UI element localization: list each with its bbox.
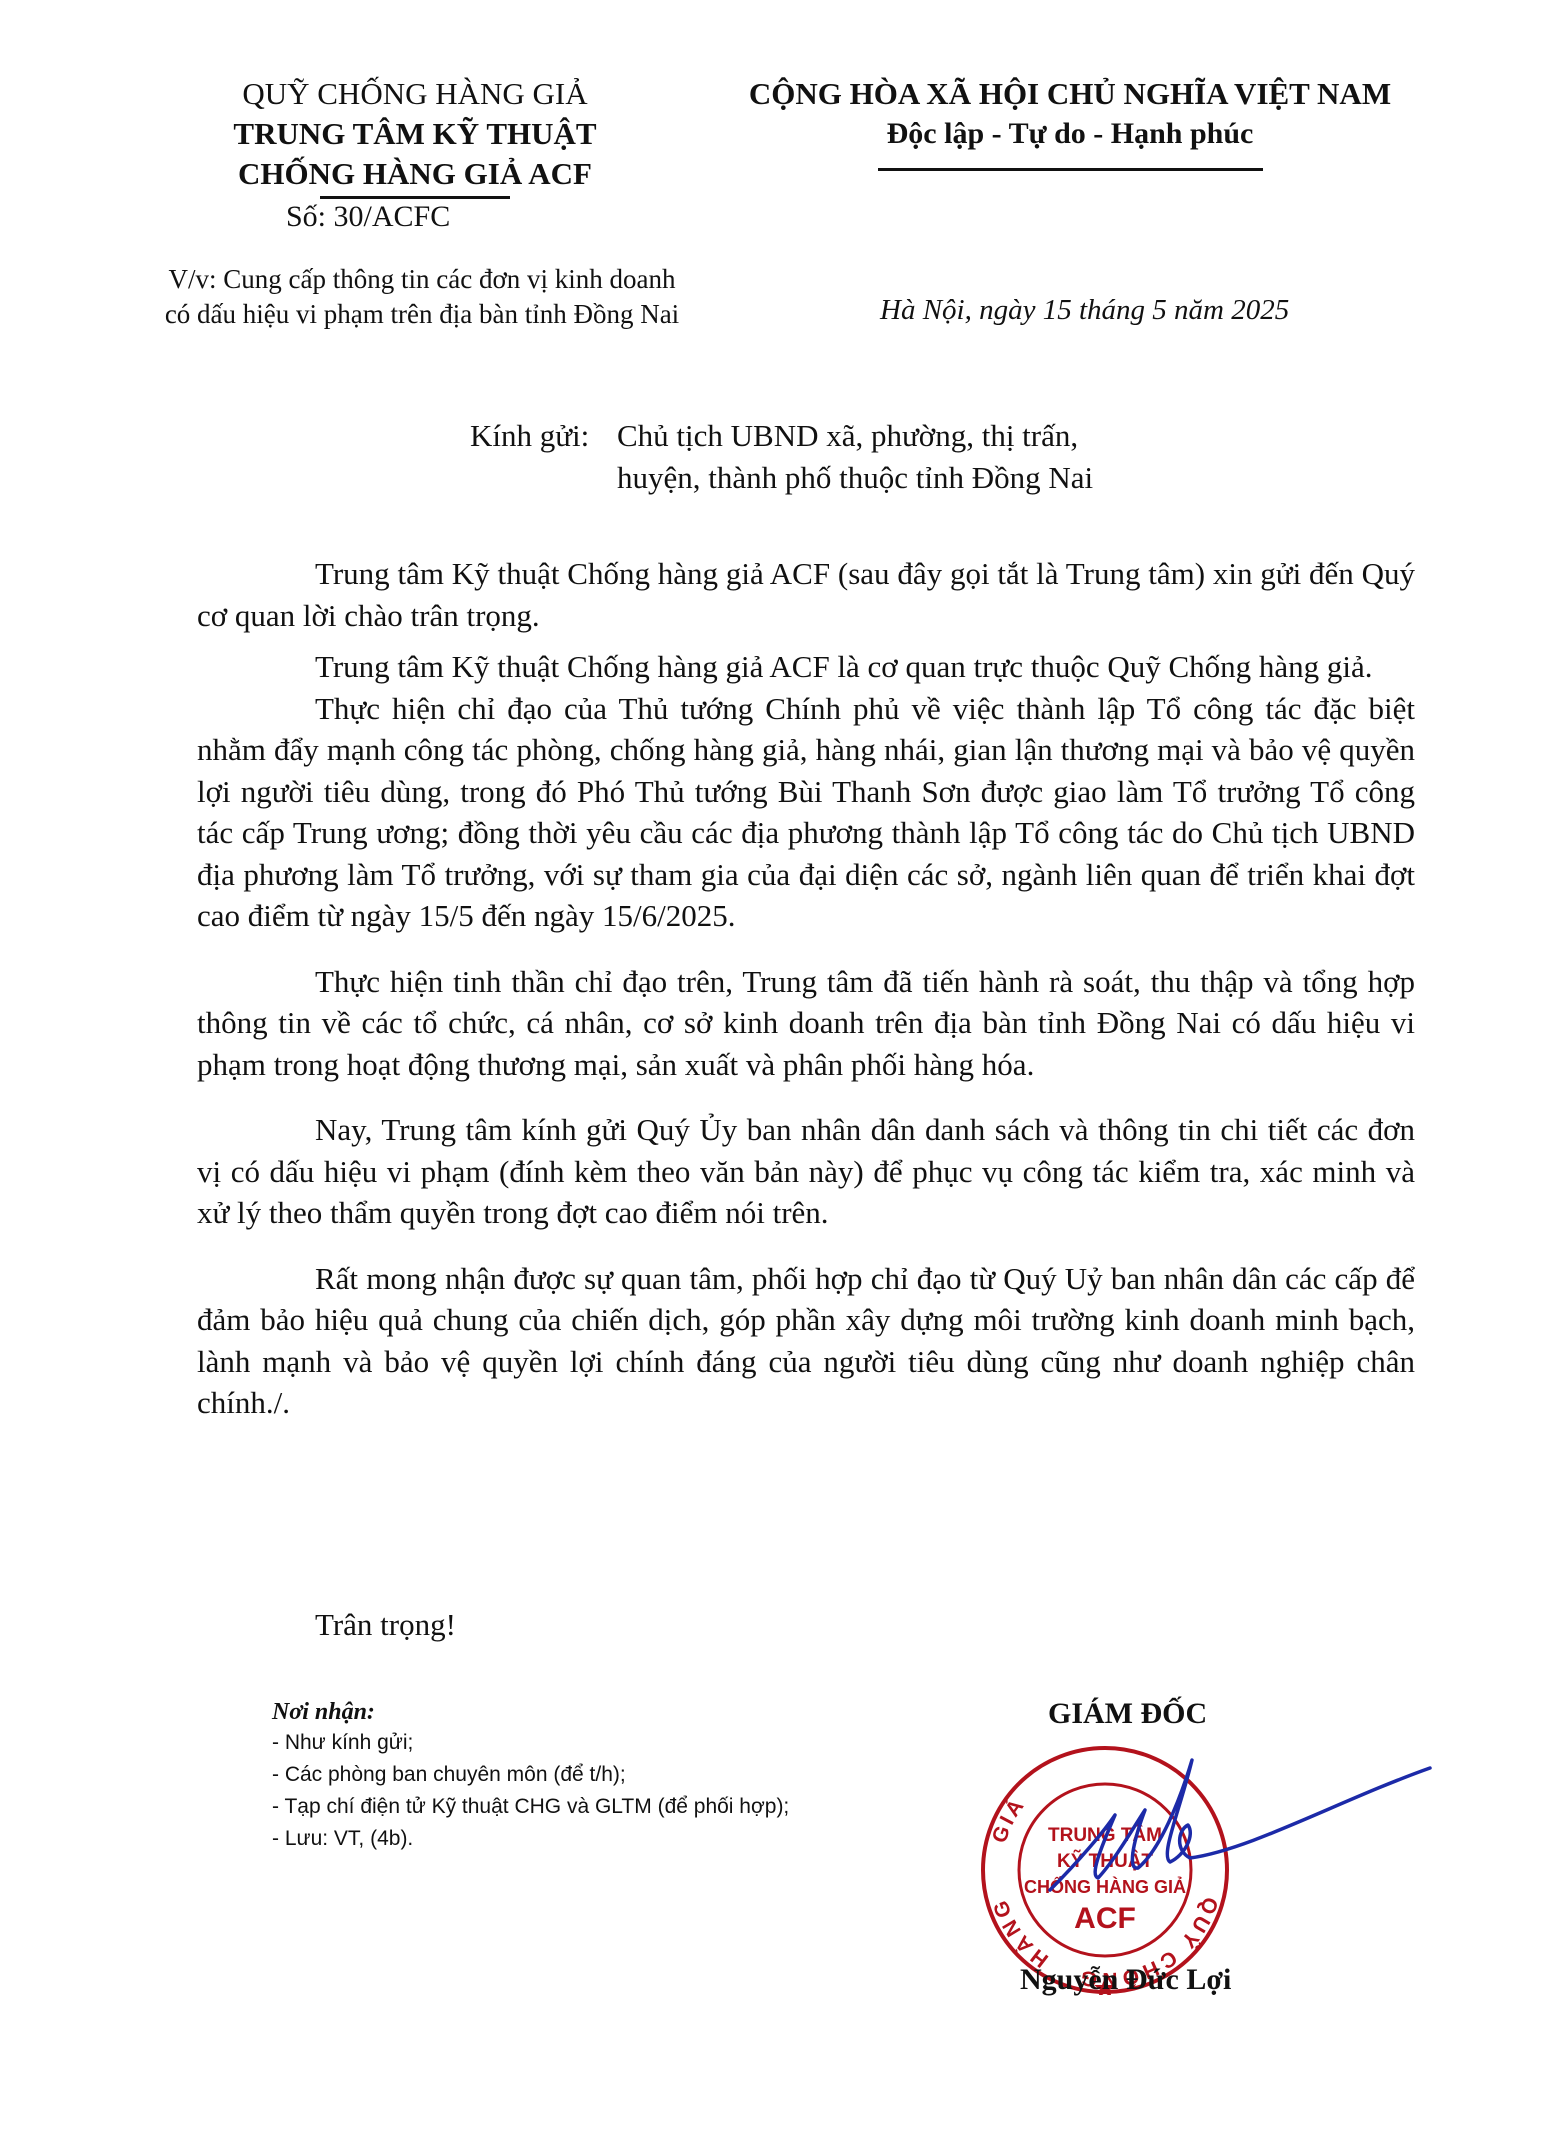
parent-organization: QUỸ CHỐNG HÀNG GIẢ <box>180 74 650 114</box>
distribution-item: - Như kính gửi; <box>272 1727 792 1759</box>
nation-title: CỘNG HÒA XÃ HỘI CHỦ NGHĨA VIỆT NAM <box>690 74 1450 114</box>
paragraph: Rất mong nhận được sự quan tâm, phối hợp… <box>197 1258 1415 1424</box>
subject-line1: V/v: Cung cấp thông tin các đơn vị kinh … <box>82 262 762 297</box>
recipient-line1: Chủ tịch UBND xã, phường, thị trấn, <box>617 418 1078 454</box>
recipient-label: Kính gửi: <box>470 418 589 454</box>
paragraph: Trung tâm Kỹ thuật Chống hàng giả ACF (s… <box>197 553 1415 636</box>
distribution-item: - Tạp chí điện tử Kỹ thuật CHG và GLTM (… <box>272 1791 792 1823</box>
paragraph: Thực hiện tinh thần chỉ đạo trên, Trung … <box>197 961 1415 1086</box>
distribution-item: - Các phòng ban chuyên môn (để t/h); <box>272 1759 792 1791</box>
signer-name: Nguyễn Đức Lợi <box>1020 1963 1231 1997</box>
document-subject: V/v: Cung cấp thông tin các đơn vị kinh … <box>82 262 762 332</box>
paragraph: Nay, Trung tâm kính gửi Quý Ủy ban nhân … <box>197 1109 1415 1234</box>
closing-salutation: Trân trọng! <box>315 1607 456 1643</box>
document-number: Số: 30/ACFC <box>286 200 450 234</box>
paragraph: Thực hiện chỉ đạo của Thủ tướng Chính ph… <box>197 688 1415 937</box>
signer-title: GIÁM ĐỐC <box>1048 1697 1207 1731</box>
organization-name-line2: CHỐNG HÀNG GIẢ ACF <box>180 154 650 194</box>
place-date: Hà Nội, ngày 15 tháng 5 năm 2025 <box>880 294 1289 327</box>
paragraph: Trung tâm Kỹ thuật Chống hàng giả ACF là… <box>197 646 1415 688</box>
motto-divider <box>878 168 1263 171</box>
national-motto: Độc lập - Tự do - Hạnh phúc <box>690 114 1450 154</box>
distribution-title: Nơi nhận: <box>272 1697 792 1727</box>
issuing-organization: QUỸ CHỐNG HÀNG GIẢ TRUNG TÂM KỸ THUẬT CH… <box>180 74 650 199</box>
recipient-line2: huyện, thành phố thuộc tỉnh Đồng Nai <box>617 460 1093 496</box>
handwritten-signature-icon <box>1020 1740 1440 1930</box>
national-header: CỘNG HÒA XÃ HỘI CHỦ NGHĨA VIỆT NAM Độc l… <box>690 74 1450 171</box>
distribution-list: Nơi nhận: - Như kính gửi; - Các phòng ba… <box>272 1697 792 1855</box>
subject-line2: có dấu hiệu vi phạm trên địa bàn tỉnh Đồ… <box>82 297 762 332</box>
organization-name-line1: TRUNG TÂM KỸ THUẬT <box>180 114 650 154</box>
header-divider <box>320 196 510 199</box>
letter-body: Trung tâm Kỹ thuật Chống hàng giả ACF (s… <box>197 553 1415 1424</box>
distribution-item: - Lưu: VT, (4b). <box>272 1823 792 1855</box>
